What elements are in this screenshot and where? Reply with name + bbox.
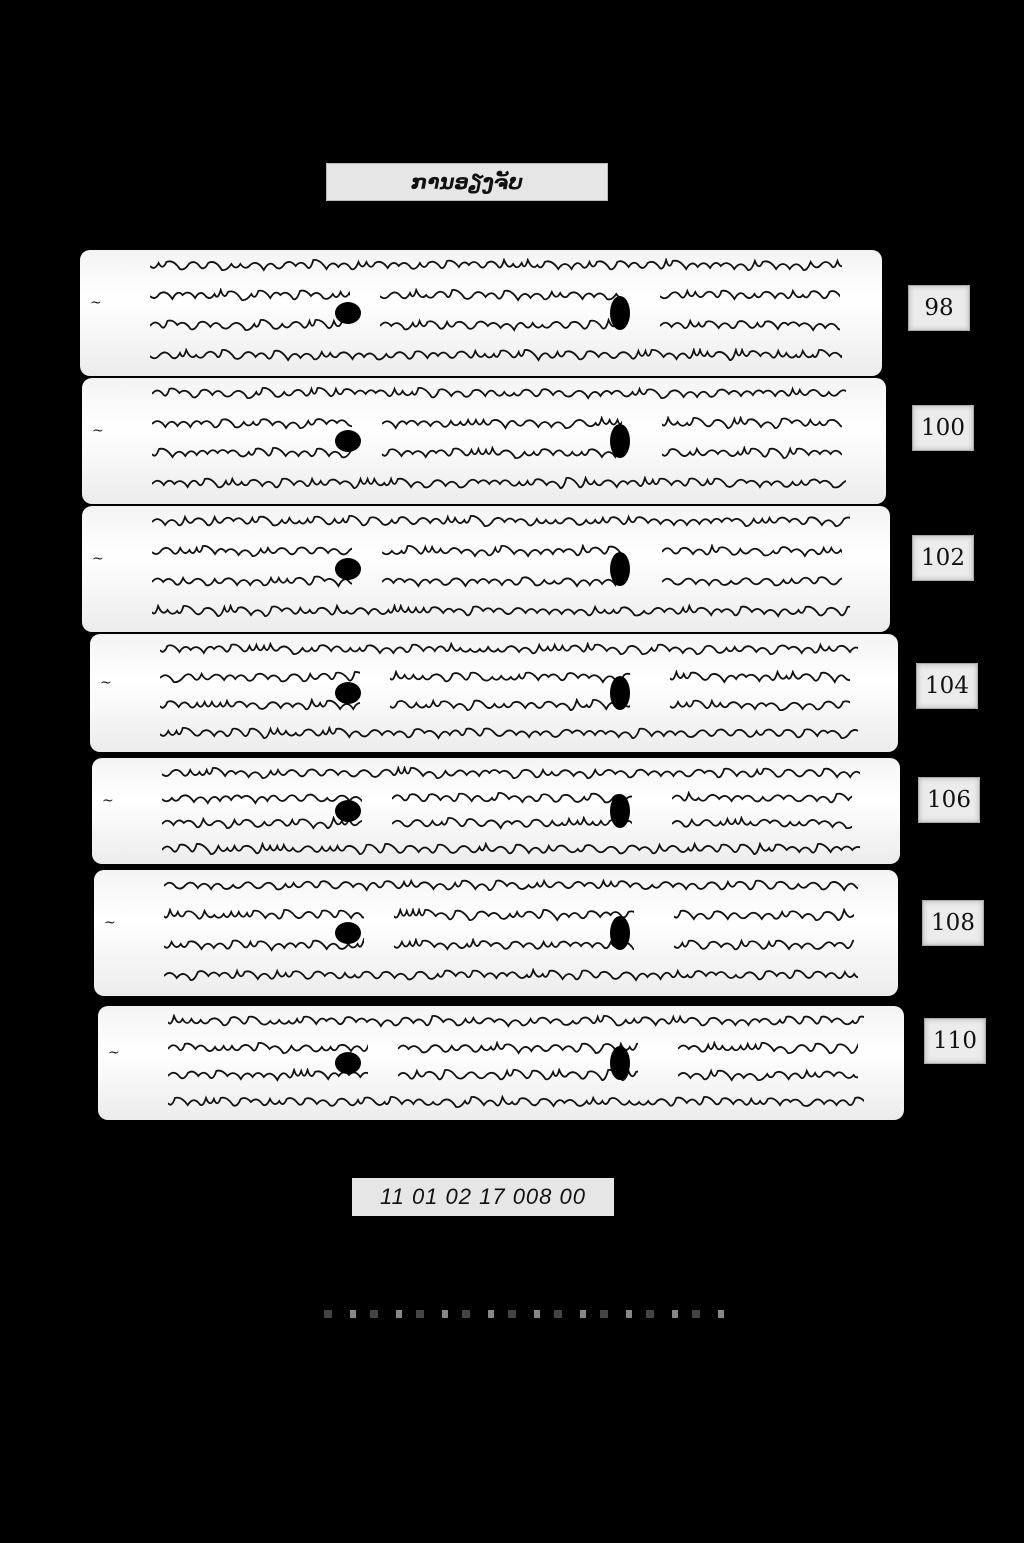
- page-number-label: 98: [908, 285, 970, 331]
- handwritten-text-line: [660, 288, 840, 302]
- handwritten-text-line: [394, 938, 634, 952]
- binding-hole: [335, 1052, 361, 1074]
- palm-leaf: ~: [94, 870, 898, 996]
- handwritten-text-line: [670, 670, 850, 684]
- leaf-margin-numeral: ~: [100, 675, 112, 691]
- handwritten-text-line: [672, 816, 852, 830]
- handwritten-text-line: [678, 1041, 858, 1055]
- handwritten-text-line: [152, 544, 352, 558]
- handwritten-text-line: [152, 416, 352, 430]
- handwritten-text-line: [662, 446, 842, 460]
- handwritten-text-line: [382, 416, 622, 430]
- leaf-margin-numeral: ~: [90, 295, 102, 311]
- page-number-label: 100: [912, 405, 974, 451]
- handwritten-text-line: [164, 968, 858, 982]
- handwritten-text-line: [382, 544, 622, 558]
- handwritten-text-line: [162, 816, 362, 830]
- handwritten-text-line: [168, 1014, 864, 1028]
- handwritten-text-line: [392, 791, 632, 805]
- handwritten-text-line: [152, 446, 352, 460]
- handwritten-text-line: [150, 348, 842, 362]
- handwritten-text-line: [662, 416, 842, 430]
- handwritten-text-line: [160, 642, 858, 656]
- palm-leaf: ~: [92, 758, 900, 864]
- handwritten-text-line: [168, 1095, 864, 1109]
- handwritten-text-line: [382, 446, 622, 460]
- handwritten-text-line: [390, 670, 630, 684]
- page-number-label: 104: [916, 663, 978, 709]
- handwritten-text-line: [162, 791, 362, 805]
- binding-hole: [335, 922, 361, 944]
- handwritten-text-line: [164, 908, 364, 922]
- binding-hole: [610, 676, 630, 710]
- handwritten-text-line: [662, 574, 842, 588]
- binding-hole: [335, 682, 361, 704]
- handwritten-text-line: [162, 766, 860, 780]
- leaf-margin-numeral: ~: [104, 915, 116, 931]
- handwritten-text-line: [168, 1041, 368, 1055]
- binding-hole: [335, 800, 361, 822]
- handwritten-text-line: [160, 726, 858, 740]
- handwritten-text-line: [152, 386, 846, 400]
- palm-leaf: ~: [82, 378, 886, 504]
- handwritten-text-line: [398, 1068, 638, 1082]
- handwritten-text-line: [398, 1041, 638, 1055]
- handwritten-text-line: [674, 938, 854, 952]
- scan-edge-artifact: [310, 1310, 730, 1318]
- page-number-label: 108: [922, 900, 984, 946]
- binding-hole: [610, 296, 630, 330]
- catalog-code-label: 11 01 02 17 008 00: [352, 1178, 614, 1216]
- handwritten-text-line: [152, 514, 850, 528]
- handwritten-text-line: [392, 816, 632, 830]
- binding-hole: [610, 424, 630, 458]
- binding-hole: [610, 916, 630, 950]
- handwritten-text-line: [678, 1068, 858, 1082]
- page-number-label: 106: [918, 777, 980, 823]
- handwritten-text-line: [662, 544, 842, 558]
- handwritten-text-line: [150, 258, 842, 272]
- page-number-label: 102: [912, 535, 974, 581]
- page-number-label: 110: [924, 1018, 986, 1064]
- binding-hole: [610, 1046, 630, 1080]
- handwritten-text-line: [394, 908, 634, 922]
- handwritten-text-line: [380, 318, 620, 332]
- handwritten-text-line: [150, 318, 350, 332]
- handwritten-text-line: [152, 476, 846, 490]
- manuscript-title-label: ການອຽງຈັບ: [326, 163, 608, 201]
- binding-hole: [610, 794, 630, 828]
- binding-hole: [335, 430, 361, 452]
- handwritten-text-line: [164, 938, 364, 952]
- handwritten-text-line: [152, 574, 352, 588]
- handwritten-text-line: [382, 574, 622, 588]
- handwritten-text-line: [672, 791, 852, 805]
- handwritten-text-line: [674, 908, 854, 922]
- palm-leaf: ~: [98, 1006, 904, 1120]
- handwritten-text-line: [164, 878, 858, 892]
- binding-hole: [610, 552, 630, 586]
- palm-leaf: ~: [90, 634, 898, 752]
- leaf-margin-numeral: ~: [108, 1045, 120, 1061]
- handwritten-text-line: [390, 698, 630, 712]
- leaf-margin-numeral: ~: [92, 423, 104, 439]
- palm-leaf: ~: [80, 250, 882, 376]
- leaf-margin-numeral: ~: [92, 551, 104, 567]
- handwritten-text-line: [670, 698, 850, 712]
- handwritten-text-line: [160, 698, 360, 712]
- handwritten-text-line: [162, 842, 860, 856]
- palm-leaf: ~: [82, 506, 890, 632]
- handwritten-text-line: [150, 288, 350, 302]
- handwritten-text-line: [152, 604, 850, 618]
- binding-hole: [335, 302, 361, 324]
- leaf-margin-numeral: ~: [102, 793, 114, 809]
- binding-hole: [335, 558, 361, 580]
- handwritten-text-line: [160, 670, 360, 684]
- handwritten-text-line: [380, 288, 620, 302]
- handwritten-text-line: [660, 318, 840, 332]
